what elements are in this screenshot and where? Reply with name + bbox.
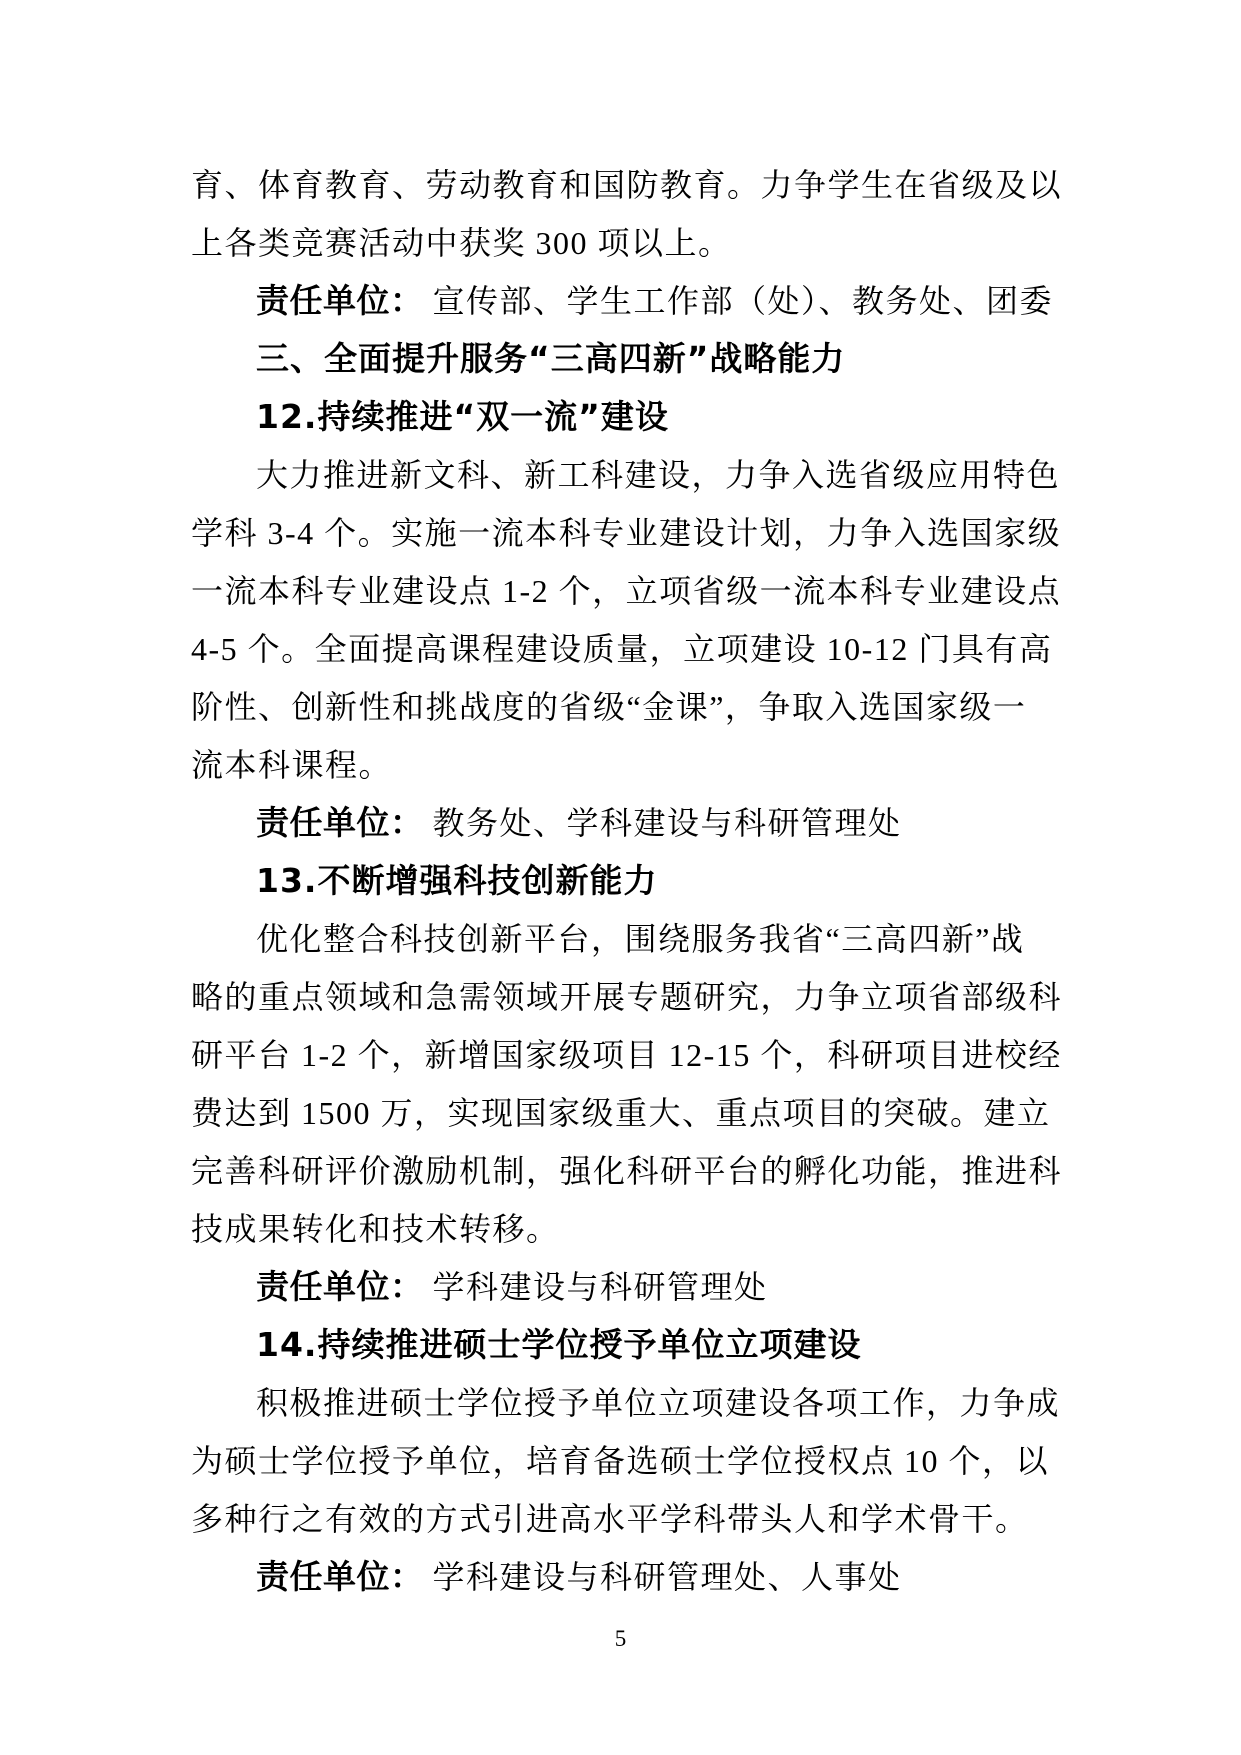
doc-line: 责任单位：宣传部、学生工作部（处）、教务处、团委 bbox=[191, 272, 1071, 330]
doc-line: 优化整合科技创新平台，围绕服务我省“三高四新”战 bbox=[191, 910, 1071, 968]
responsible-unit-label: 责任单位： bbox=[256, 803, 424, 842]
line-text: 流本科课程。 bbox=[191, 747, 392, 783]
doc-line: 研平台 1-2 个，新增国家级项目 12-15 个，科研项目进校经 bbox=[191, 1026, 1071, 1084]
line-text: 积极推进硕士学位授予单位立项建设各项工作，力争成 bbox=[256, 1385, 1060, 1421]
line-text: 优化整合科技创新平台，围绕服务我省“三高四新”战 bbox=[256, 921, 1024, 957]
line-text: 多种行之有效的方式引进高水平学科带头人和学术骨干。 bbox=[191, 1501, 1029, 1537]
doc-line: 完善科研评价激励机制，强化科研平台的孵化功能，推进科 bbox=[191, 1142, 1071, 1200]
doc-line: 4-5 个。全面提高课程建设质量，立项建设 10-12 门具有高 bbox=[191, 620, 1071, 678]
doc-line: 技成果转化和技术转移。 bbox=[191, 1200, 1071, 1258]
line-text: 阶性、创新性和挑战度的省级“金课”，争取入选国家级一 bbox=[191, 689, 1026, 725]
responsible-unit-label: 责任单位： bbox=[256, 1557, 424, 1596]
line-text: 技成果转化和技术转移。 bbox=[191, 1211, 560, 1247]
doc-line: 费达到 1500 万，实现国家级重大、重点项目的突破。建立 bbox=[191, 1084, 1071, 1142]
line-text: 学科建设与科研管理处、人事处 bbox=[433, 1559, 902, 1595]
doc-line: 14.持续推进硕士学位授予单位立项建设 bbox=[191, 1316, 1071, 1374]
doc-line: 育、体育教育、劳动教育和国防教育。力争学生在省级及以 bbox=[191, 156, 1071, 214]
doc-line: 责任单位：学科建设与科研管理处 bbox=[191, 1258, 1071, 1316]
doc-line: 上各类竞赛活动中获奖 300 项以上。 bbox=[191, 214, 1071, 272]
line-text: 教务处、学科建设与科研管理处 bbox=[433, 805, 902, 841]
line-text: 完善科研评价激励机制，强化科研平台的孵化功能，推进科 bbox=[191, 1153, 1062, 1189]
doc-line: 一流本科专业建设点 1-2 个，立项省级一流本科专业建设点 bbox=[191, 562, 1071, 620]
responsible-unit-label: 责任单位： bbox=[256, 281, 424, 320]
line-text: 三、全面提升服务“三高四新”战略能力 bbox=[256, 339, 845, 378]
line-text: 13.不断增强科技创新能力 bbox=[256, 861, 657, 900]
doc-line: 积极推进硕士学位授予单位立项建设各项工作，力争成 bbox=[191, 1374, 1071, 1432]
line-text: 一流本科专业建设点 1-2 个，立项省级一流本科专业建设点 bbox=[191, 573, 1061, 609]
line-text: 研平台 1-2 个，新增国家级项目 12-15 个，科研项目进校经 bbox=[191, 1037, 1062, 1073]
page-number: 5 bbox=[0, 1622, 1241, 1656]
doc-line: 13.不断增强科技创新能力 bbox=[191, 852, 1071, 910]
line-text: 费达到 1500 万，实现国家级重大、重点项目的突破。建立 bbox=[191, 1095, 1051, 1131]
responsible-unit-label: 责任单位： bbox=[256, 1267, 424, 1306]
doc-line: 阶性、创新性和挑战度的省级“金课”，争取入选国家级一 bbox=[191, 678, 1071, 736]
doc-line: 学科 3-4 个。实施一流本科专业建设计划，力争入选国家级 bbox=[191, 504, 1071, 562]
doc-line: 责任单位：教务处、学科建设与科研管理处 bbox=[191, 794, 1071, 852]
doc-line: 12.持续推进“双一流”建设 bbox=[191, 388, 1071, 446]
document-body: 育、体育教育、劳动教育和国防教育。力争学生在省级及以上各类竞赛活动中获奖 300… bbox=[191, 156, 1071, 1606]
doc-line: 流本科课程。 bbox=[191, 736, 1071, 794]
doc-line: 大力推进新文科、新工科建设，力争入选省级应用特色 bbox=[191, 446, 1071, 504]
doc-line: 三、全面提升服务“三高四新”战略能力 bbox=[191, 330, 1071, 388]
line-text: 上各类竞赛活动中获奖 300 项以上。 bbox=[191, 225, 732, 261]
doc-line: 责任单位：学科建设与科研管理处、人事处 bbox=[191, 1548, 1071, 1606]
line-text: 学科 3-4 个。实施一流本科专业建设计划，力争入选国家级 bbox=[191, 515, 1061, 551]
line-text: 学科建设与科研管理处 bbox=[433, 1269, 768, 1305]
line-text: 4-5 个。全面提高课程建设质量，立项建设 10-12 门具有高 bbox=[191, 631, 1052, 667]
line-text: 大力推进新文科、新工科建设，力争入选省级应用特色 bbox=[256, 457, 1060, 493]
doc-line: 略的重点领域和急需领域开展专题研究，力争立项省部级科 bbox=[191, 968, 1071, 1026]
line-text: 12.持续推进“双一流”建设 bbox=[256, 397, 669, 436]
line-text: 育、体育教育、劳动教育和国防教育。力争学生在省级及以 bbox=[191, 167, 1062, 203]
line-text: 略的重点领域和急需领域开展专题研究，力争立项省部级科 bbox=[191, 979, 1062, 1015]
line-text: 14.持续推进硕士学位授予单位立项建设 bbox=[256, 1325, 861, 1364]
line-text: 宣传部、学生工作部（处）、教务处、团委 bbox=[433, 283, 1054, 319]
doc-line: 为硕士学位授予单位，培育备选硕士学位授权点 10 个，以 bbox=[191, 1432, 1071, 1490]
document-page: 育、体育教育、劳动教育和国防教育。力争学生在省级及以上各类竞赛活动中获奖 300… bbox=[0, 0, 1241, 1755]
doc-line: 多种行之有效的方式引进高水平学科带头人和学术骨干。 bbox=[191, 1490, 1071, 1548]
line-text: 为硕士学位授予单位，培育备选硕士学位授权点 10 个，以 bbox=[191, 1443, 1049, 1479]
